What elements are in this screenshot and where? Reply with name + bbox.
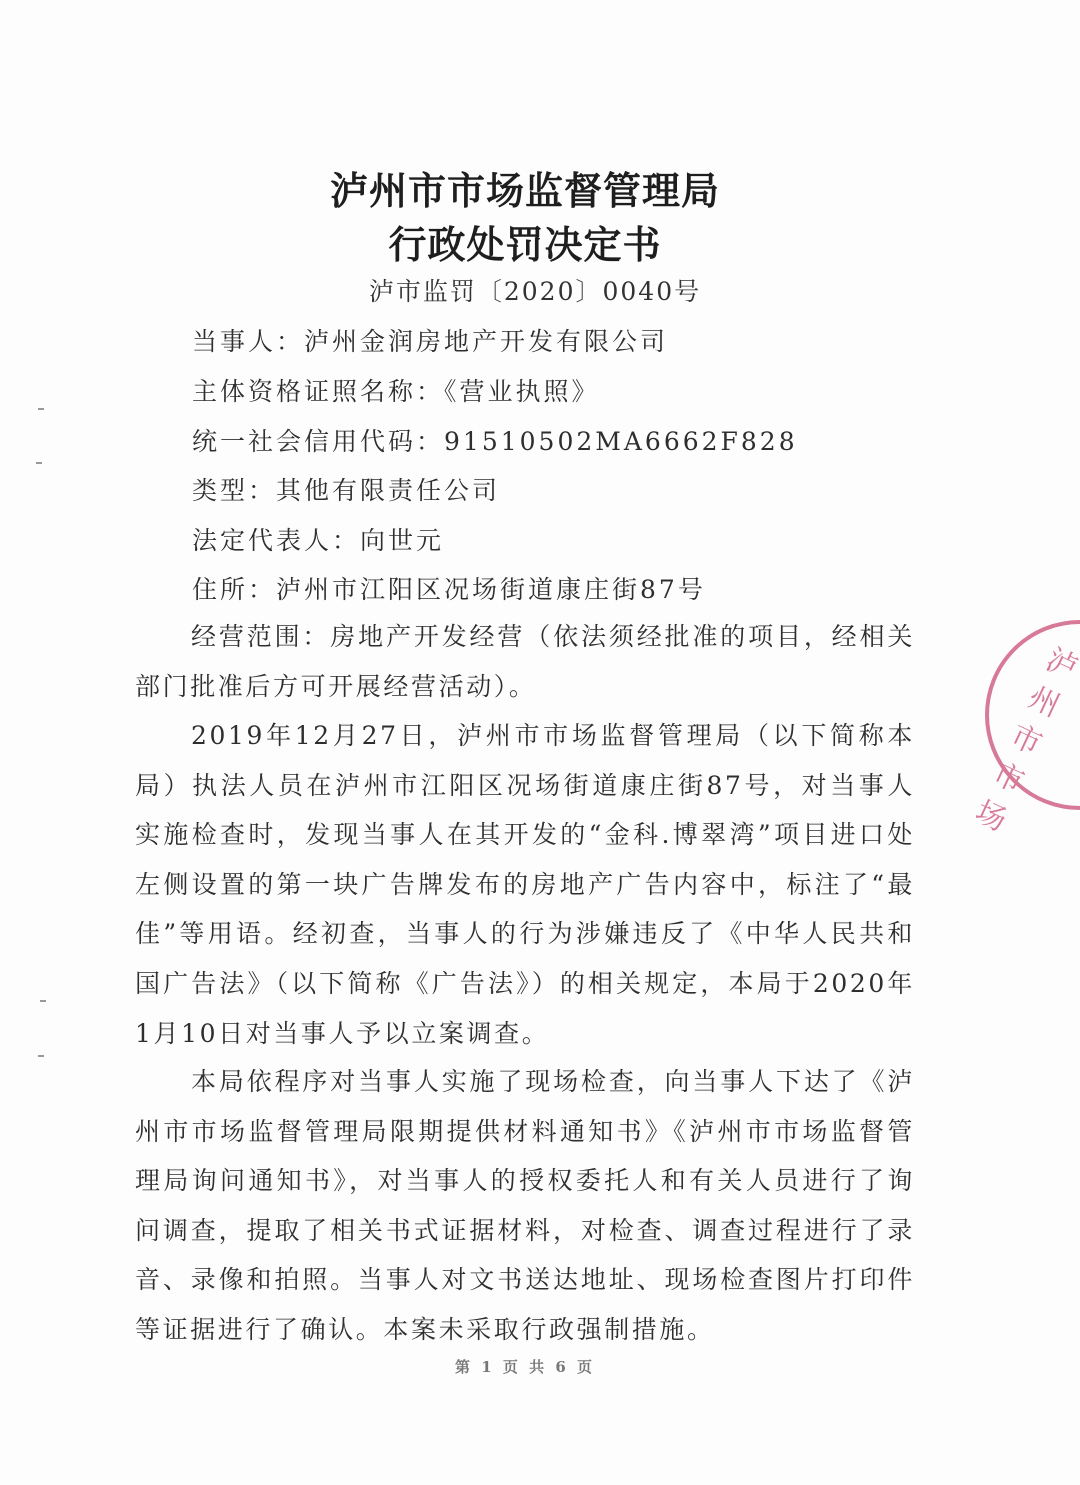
paragraph-investigation: 本局依程序对当事人实施了现场检查，向当事人下达了《泸州市市场监督管理局限期提供材… (135, 1057, 915, 1355)
scan-speck (38, 408, 44, 410)
page-indicator: 第 1 页 共 6 页 (0, 1356, 1050, 1377)
credit-code: 统一社会信用代码：91510502MA6662F828 (192, 422, 798, 458)
paragraph-case-filing: 2019年12月27日，泸州市市场监督管理局（以下简称本局）执法人员在泸州市江阳… (135, 711, 915, 1058)
party-name-label: 当事人： (192, 327, 304, 356)
scan-speck (38, 1055, 44, 1057)
document-number: 泸市监罚〔2020〕0040号 (0, 272, 1070, 308)
party-name-value: 泸州金润房地产开发有限公司 (304, 327, 668, 356)
company-type-value: 其他有限责任公司 (276, 476, 500, 505)
legal-representative-value: 向世元 (360, 526, 444, 555)
scan-speck (36, 462, 42, 464)
address: 住所：泸州市江阳区况场街道康庄街87号 (192, 570, 706, 606)
license-name-label: 主体资格证照名称： (192, 377, 444, 406)
company-type: 类型：其他有限责任公司 (192, 471, 500, 507)
license-name: 主体资格证照名称：《营业执照》 (192, 372, 600, 408)
company-type-label: 类型： (192, 476, 276, 505)
business-scope: 经营范围：房地产开发经营（依法须经批准的项目，经相关部门批准后方可开展经营活动）… (135, 612, 915, 711)
credit-code-label: 统一社会信用代码： (192, 427, 444, 456)
license-name-value: 《营业执照》 (444, 377, 600, 406)
party-name: 当事人：泸州金润房地产开发有限公司 (192, 322, 668, 358)
address-value: 泸州市江阳区况场街道康庄街87号 (276, 575, 706, 604)
legal-representative: 法定代表人：向世元 (192, 521, 444, 557)
legal-representative-label: 法定代表人： (192, 526, 360, 555)
address-label: 住所： (192, 575, 276, 604)
document-title-line1: 泸州市市场监督管理局 (0, 160, 1050, 215)
credit-code-value: 91510502MA6662F828 (444, 427, 798, 456)
document-title-line2: 行政处罚决定书 (0, 214, 1050, 269)
scan-speck (40, 1000, 46, 1002)
